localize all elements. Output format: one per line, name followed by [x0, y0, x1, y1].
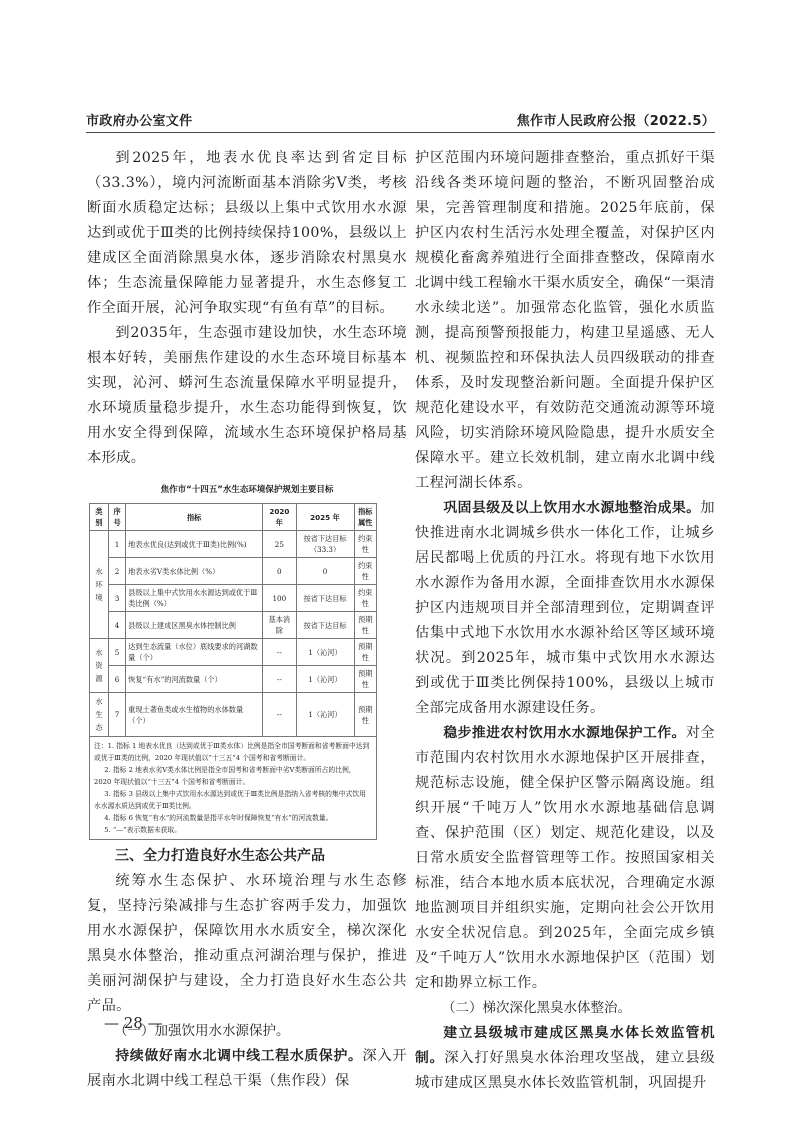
row-2025: 0 [296, 558, 354, 585]
row-number: 1 [109, 531, 126, 558]
table-row: 水环境 1 地表水优良(达到或优于Ⅲ类)比例(%) 25 按省下达目标（33.3… [90, 531, 377, 558]
row-number: 4 [109, 612, 126, 639]
row-indicator: 地表水劣Ⅴ类水体比例（%） [126, 558, 263, 585]
section-heading-3: 三、全力打造良好水生态公共产品 [87, 844, 407, 869]
subheading-2: （二）梯次深化黑臭水体整治。 [415, 996, 715, 1021]
left-column: 到2025年，地表水优良率达到省定目标（33.3%），境内河流断面基本消除劣V类… [87, 146, 407, 1094]
row-number: 5 [109, 639, 126, 666]
table-header-row: 类别 序号 指标 2020 年 2025 年 指标属性 [90, 504, 377, 531]
header-section-label: 市政府办公室文件 [86, 110, 192, 129]
row-attribute: 约束性 [354, 531, 376, 558]
header-number: 序号 [109, 504, 126, 531]
table-notes-row: 注：1. 指标 1 地表水优良（达到或优于Ⅲ类水体）比例是指全市国考断面和省考断… [90, 737, 377, 840]
table-row: 6 恢复“有水”的河流数量（个） -- 1（沁河） 预期性 [90, 666, 377, 693]
row-attribute: 预期性 [354, 693, 376, 737]
row-attribute: 约束性 [354, 558, 376, 585]
header-publication-title: 焦作市人民政府公报（2022.5） [517, 110, 715, 129]
row-indicator: 达到生态流量（水位）底线要求的河湖数量（个） [126, 639, 263, 666]
note-3: 3. 指标 3 县级以上集中式饮用水水源达到或优于Ⅲ类比例是指纳入省考核的集中式… [94, 788, 372, 812]
row-2020: 25 [263, 531, 296, 558]
header-2025: 2025 年 [296, 504, 354, 531]
table-row: 3 县级以上集中式饮用水水源达到或优于Ⅲ类比例（%） 100 按省下达目标 约束… [90, 585, 377, 612]
category-water-ecology: 水生态 [90, 693, 109, 737]
row-2025: 1（沁河） [296, 666, 354, 693]
row-attribute: 约束性 [354, 585, 376, 612]
page-number: — 28 — [104, 1014, 163, 1032]
row-2025: 按省下达目标（33.3） [296, 531, 354, 558]
paragraph-county-water-source: 巩固县级及以上饮用水水源地整治成果。加快推进南水北调城乡供水一体化工作，让城乡居… [415, 496, 715, 721]
header-category: 类别 [90, 504, 109, 531]
page-header: 市政府办公室文件 焦作市人民政府公报（2022.5） [86, 108, 715, 133]
table-row: 水生态 7 重现土著鱼类或水生植物的水体数量（个） -- 1（沁河） 预期性 [90, 693, 377, 737]
paragraph-text: 对全市范围内农村饮用水水源地保护区开展排查，规范标志设施，健全保护区警示隔离设施… [415, 725, 715, 991]
category-water-resources: 水资源 [90, 639, 109, 693]
row-attribute: 预期性 [354, 612, 376, 639]
table-title: 焦作市“十四五”水生态环境保护规划主要目标 [87, 483, 407, 495]
row-2025: 1（沁河） [296, 693, 354, 737]
category-water-environment: 水环境 [90, 531, 109, 639]
table-row: 2 地表水劣Ⅴ类水体比例（%） 0 0 约束性 [90, 558, 377, 585]
row-number: 3 [109, 585, 126, 612]
goals-table: 类别 序号 指标 2020 年 2025 年 指标属性 水环境 1 地表水优良(… [89, 503, 377, 840]
table-row: 水资源 5 达到生态流量（水位）底线要求的河湖数量（个） -- 1（沁河） 预期… [90, 639, 377, 666]
row-attribute: 预期性 [354, 639, 376, 666]
row-number: 2 [109, 558, 126, 585]
row-2020: -- [263, 639, 296, 666]
row-2020: -- [263, 666, 296, 693]
row-indicator: 地表水优良(达到或优于Ⅲ类)比例(%) [126, 531, 263, 558]
row-indicator: 县级以上集中式饮用水水源达到或优于Ⅲ类比例（%） [126, 585, 263, 612]
note-5: 5. “—”表示数据未获取。 [94, 824, 372, 836]
note-2: 2. 指标 2 地表水劣Ⅴ类水体比例是指全市国考和省考断面中劣Ⅴ类断面所占的比例… [94, 764, 372, 788]
row-indicator: 县级以上建成区黑臭水体控制比例 [126, 612, 263, 639]
row-2020: -- [263, 693, 296, 737]
note-4: 4. 指标 6 恢复“有水”的河流数量是指平水年时保障恢复“有水”的河流数量。 [94, 812, 372, 824]
row-2025: 按省下达目标 [296, 612, 354, 639]
paragraph-lead: 稳步推进农村饮用水水源地保护工作。 [443, 725, 685, 741]
right-column: 护区范围内环境问题排查整治，重点抓好干渠沿线各类环境问题的整治，不断巩固整治成果… [415, 146, 715, 1096]
header-attribute: 指标属性 [354, 504, 376, 531]
paragraph-2035-goals: 到2035年，生态强市建设加快，水生态环境根本好转，美丽焦作建设的水生态环境目标… [87, 321, 407, 471]
paragraph-text: 加快推进南水北调城乡供水一体化工作，让城乡居民都喝上优质的丹江水。将现有地下水饮… [415, 500, 715, 716]
row-2020: 基本消除 [263, 612, 296, 639]
header-2020: 2020 年 [263, 504, 296, 531]
paragraph-section3-intro: 统筹水生态保护、水环境治理与水生态修复，坚持污染减排与生态扩容两手发力，加强饮用… [87, 869, 407, 1019]
paragraph-text: 深入打好黑臭水体治理攻坚战，建立县级城市建成区黑臭水体长效监管机制，巩固提升 [415, 1050, 715, 1091]
row-indicator: 重现土著鱼类或水生植物的水体数量（个） [126, 693, 263, 737]
paragraph-lead: 持续做好南水北调中线工程水质保护。 [115, 1048, 362, 1064]
paragraph-south-north-water: 持续做好南水北调中线工程水质保护。深入开展南水北调中线工程总干渠（焦作段）保 [87, 1044, 407, 1094]
paragraph-2025-goals: 到2025年，地表水优良率达到省定目标（33.3%），境内河流断面基本消除劣V类… [87, 146, 407, 321]
row-2020: 100 [263, 585, 296, 612]
row-2025: 1（沁河） [296, 639, 354, 666]
table-row: 4 县级以上建成区黑臭水体控制比例 基本消除 按省下达目标 预期性 [90, 612, 377, 639]
note-1: 注：1. 指标 1 地表水优良（达到或优于Ⅲ类水体）比例是指全市国考断面和省考断… [94, 740, 372, 764]
row-indicator: 恢复“有水”的河流数量（个） [126, 666, 263, 693]
row-number: 7 [109, 693, 126, 737]
row-number: 6 [109, 666, 126, 693]
paragraph-rural-water-source: 稳步推进农村饮用水水源地保护工作。对全市范围内农村饮用水水源地保护区开展排查，规… [415, 721, 715, 996]
paragraph-lead: 巩固县级及以上饮用水水源地整治成果。 [443, 500, 700, 516]
row-2025: 按省下达目标 [296, 585, 354, 612]
table-notes: 注：1. 指标 1 地表水优良（达到或优于Ⅲ类水体）比例是指全市国考断面和省考断… [90, 737, 377, 840]
header-indicator: 指标 [126, 504, 263, 531]
paragraph-black-odorous-water: 建立县级城市建成区黑臭水体长效监管机制。深入打好黑臭水体治理攻坚战，建立县级城市… [415, 1021, 715, 1096]
row-2020: 0 [263, 558, 296, 585]
row-attribute: 预期性 [354, 666, 376, 693]
paragraph-protection-zone: 护区范围内环境问题排查整治，重点抓好干渠沿线各类环境问题的整治，不断巩固整治成果… [415, 146, 715, 496]
